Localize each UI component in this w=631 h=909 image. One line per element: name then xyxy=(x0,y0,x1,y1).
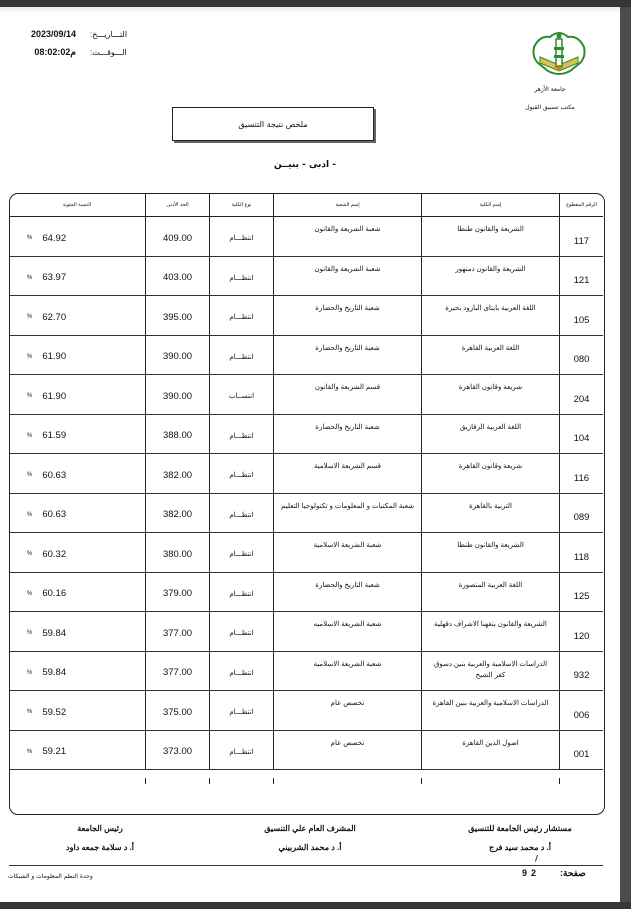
cell-type: انتظـــام xyxy=(209,257,273,296)
table-row: 001اصول الدين القاهرةتخصص عامانتظـــام37… xyxy=(9,731,603,771)
cell-faculty: اللغة العربية القاهرة xyxy=(421,336,559,375)
cell-code: 118 xyxy=(559,533,603,572)
cell-percent: %60.16 xyxy=(9,573,145,612)
table-row: 116شريعة وقانون القاهرةقسم الشريعة الاسل… xyxy=(9,454,603,494)
percent-symbol: % xyxy=(27,314,32,320)
cell-percent: %60.63 xyxy=(9,494,145,533)
percent-value: 61.90 xyxy=(42,391,66,402)
page-total: 9 xyxy=(522,868,531,878)
cell-type: انتظـــام xyxy=(209,652,273,691)
unit-name: وحدة النظم المعلومات و الشبكات xyxy=(8,873,93,880)
table-tail xyxy=(9,778,603,812)
percent-symbol: % xyxy=(27,512,32,518)
cell-min-score: 380.00 xyxy=(145,533,209,572)
cell-percent: %59.52 xyxy=(9,691,145,730)
cell-faculty: الشريعة والقانون دمنهور xyxy=(421,257,559,296)
cell-code: 116 xyxy=(559,454,603,493)
signature-title-2: المشرف العام علي التنسيق xyxy=(220,824,400,833)
cell-faculty: شريعة وقانون القاهرة xyxy=(421,375,559,414)
cell-faculty: اللغة العربية المنصورة xyxy=(421,573,559,612)
date-row: 2023/09/14 التـــاريـــخ: xyxy=(14,25,127,43)
cell-min-score: 379.00 xyxy=(145,573,209,612)
table-row: 089التربية بالقاهرةشعبة المكتبات و المعل… xyxy=(9,494,603,534)
cell-department: شعبة الشريعة الاسلامية xyxy=(273,533,421,572)
cell-code: 080 xyxy=(559,336,603,375)
percent-value: 59.21 xyxy=(42,746,66,757)
cell-faculty: اصول الدين القاهرة xyxy=(421,731,559,770)
table-body: 117الشريعة والقانون طنطاشعبة الشريعة وال… xyxy=(9,217,603,770)
date-value: 2023/09/14 xyxy=(14,29,76,39)
table-header: الرقم المقطوع إسم الكلية إسم الشعبة نوع … xyxy=(9,193,603,217)
cell-department: شعبة الشريعة الاسلامية xyxy=(273,652,421,691)
table-row: 204شريعة وقانون القاهرةقسم الشريعة والقا… xyxy=(9,375,603,415)
col-header-faculty: إسم الكلية xyxy=(421,193,559,216)
cell-type: انتظـــام xyxy=(209,494,273,533)
col-header-type: نوع الكلية xyxy=(209,193,273,216)
cell-type: انتظـــام xyxy=(209,217,273,256)
time-label: الـــوقـــت: xyxy=(90,48,127,57)
cell-faculty: الشريعة والقانون طنطا xyxy=(421,217,559,256)
cell-faculty: التربية بالقاهرة xyxy=(421,494,559,533)
page-label: صفحة: xyxy=(560,868,586,879)
percent-value: 59.52 xyxy=(42,707,66,718)
cell-code: 121 xyxy=(559,257,603,296)
col-header-department: إسم الشعبة xyxy=(273,193,421,216)
cell-department: شعبة التاريخ والحضارة xyxy=(273,573,421,612)
signature-name-1: أ. د محمد سيد فرج xyxy=(430,843,610,852)
results-table: الرقم المقطوع إسم الكلية إسم الشعبة نوع … xyxy=(9,193,603,770)
page-top-shadow xyxy=(0,7,620,13)
cell-type: انتظـــام xyxy=(209,612,273,651)
cell-department: شعبة المكتبات و المعلومات و تكنولوجيا ال… xyxy=(273,494,421,533)
col-divider xyxy=(559,778,560,784)
table-row: 006الدراسات الاسلامية والعربية بنين القا… xyxy=(9,691,603,731)
page-number: 92 xyxy=(522,868,540,878)
cell-type: انتظـــام xyxy=(209,415,273,454)
cell-faculty: الشريعة والقانون طنطا xyxy=(421,533,559,572)
cell-min-score: 388.00 xyxy=(145,415,209,454)
cell-code: 117 xyxy=(559,217,603,256)
cell-percent: %60.32 xyxy=(9,533,145,572)
cell-code: 932 xyxy=(559,652,603,691)
cell-min-score: 390.00 xyxy=(145,336,209,375)
signature-title-3: رئيس الجامعة xyxy=(10,824,190,833)
cell-faculty: الدراسات الاسلامية والعربية بنين القاهرة xyxy=(421,691,559,730)
percent-symbol: % xyxy=(27,393,32,399)
university-name: جامعة الأزهر xyxy=(500,86,600,93)
col-divider xyxy=(145,778,146,784)
time-row: 08:02:02م الـــوقـــت: xyxy=(14,43,127,61)
cell-min-score: 409.00 xyxy=(145,217,209,256)
cell-percent: %61.90 xyxy=(9,336,145,375)
cell-min-score: 377.00 xyxy=(145,652,209,691)
col-divider xyxy=(421,778,422,784)
cell-percent: %59.21 xyxy=(9,731,145,770)
cell-min-score: 373.00 xyxy=(145,731,209,770)
percent-symbol: % xyxy=(27,472,32,478)
cell-code: 120 xyxy=(559,612,603,651)
table-row: 121الشريعة والقانون دمنهورشعبة الشريعة و… xyxy=(9,257,603,297)
cell-min-score: 377.00 xyxy=(145,612,209,651)
cell-min-score: 390.00 xyxy=(145,375,209,414)
cell-code: 105 xyxy=(559,296,603,335)
cell-type: انتظـــام xyxy=(209,533,273,572)
percent-symbol: % xyxy=(27,551,32,557)
cell-type: انتظـــام xyxy=(209,573,273,612)
table-row: 104اللغة العربية الزقازيقشعبة التاريخ وا… xyxy=(9,415,603,455)
cell-code: 204 xyxy=(559,375,603,414)
cell-department: تخصص عام xyxy=(273,691,421,730)
cell-min-score: 382.00 xyxy=(145,454,209,493)
cell-department: قسم الشريعة الاسلامية xyxy=(273,454,421,493)
signature-name-3: أ. د سلامة جمعه داود xyxy=(10,843,190,852)
cell-type: انتظـــام xyxy=(209,731,273,770)
percent-symbol: % xyxy=(27,433,32,439)
cell-faculty: شريعة وقانون القاهرة xyxy=(421,454,559,493)
table-row: 105اللغة العربية بايتاى البارود بحيرةشعب… xyxy=(9,296,603,336)
cell-type: انتظـــام xyxy=(209,454,273,493)
percent-symbol: % xyxy=(27,235,32,241)
cell-faculty: الشريعة والقانون بتفهنا الاشراف دقهلية xyxy=(421,612,559,651)
cell-min-score: 395.00 xyxy=(145,296,209,335)
percent-symbol: % xyxy=(27,709,32,715)
cell-faculty: الدراسات الاسلامية والعربية بنين دسوق كف… xyxy=(421,652,559,691)
table-row: 125اللغة العربية المنصورةشعبة التاريخ وا… xyxy=(9,573,603,613)
signature-title-1: مستشار رئيس الجامعة للتنسيق xyxy=(430,824,610,833)
cell-department: قسم الشريعة والقانون xyxy=(273,375,421,414)
percent-symbol: % xyxy=(27,591,32,597)
office-name: مكتب تنسيق القبول xyxy=(500,104,600,111)
cell-min-score: 382.00 xyxy=(145,494,209,533)
cell-percent: %64.92 xyxy=(9,217,145,256)
time-value: 08:02:02م xyxy=(14,47,76,58)
signature-name-2: أ. د محمد الشربيني xyxy=(220,843,400,852)
cell-percent: %63.97 xyxy=(9,257,145,296)
al-azhar-logo-icon xyxy=(530,27,588,79)
cell-department: شعبة التاريخ والحضارة xyxy=(273,415,421,454)
col-divider xyxy=(273,778,274,784)
cell-code: 001 xyxy=(559,731,603,770)
cell-percent: %61.90 xyxy=(9,375,145,414)
cell-min-score: 375.00 xyxy=(145,691,209,730)
cell-department: تخصص عام xyxy=(273,731,421,770)
percent-value: 64.92 xyxy=(42,233,66,244)
percent-symbol: % xyxy=(27,630,32,636)
percent-value: 63.97 xyxy=(42,272,66,283)
percent-symbol: % xyxy=(27,354,32,360)
cell-percent: %62.70 xyxy=(9,296,145,335)
percent-value: 60.16 xyxy=(42,588,66,599)
table-row: 118الشريعة والقانون طنطاشعبة الشريعة الا… xyxy=(9,533,603,573)
percent-symbol: % xyxy=(27,749,32,755)
percent-value: 62.70 xyxy=(42,312,66,323)
col-header-min-score: الحد الأدنى xyxy=(145,193,209,216)
report-subtitle: - ادبى - بنيــن xyxy=(200,160,410,170)
page-slash: / xyxy=(535,854,538,863)
table-row: 117الشريعة والقانون طنطاشعبة الشريعة وال… xyxy=(9,217,603,257)
cell-code: 089 xyxy=(559,494,603,533)
cell-faculty: اللغة العربية الزقازيق xyxy=(421,415,559,454)
cell-department: شعبة التاريخ والحضارة xyxy=(273,336,421,375)
percent-value: 61.90 xyxy=(42,351,66,362)
cell-type: انتظـــام xyxy=(209,691,273,730)
cell-department: شعبة الشريعة والقانون xyxy=(273,217,421,256)
report-title: ملخص نتيجة التنسيق xyxy=(172,107,374,141)
cell-code: 006 xyxy=(559,691,603,730)
cell-code: 125 xyxy=(559,573,603,612)
cell-department: شعبة التاريخ والحضارة xyxy=(273,296,421,335)
percent-symbol: % xyxy=(27,275,32,281)
cell-department: شعبة الشريعة والقانون xyxy=(273,257,421,296)
cell-type: انتظـــام xyxy=(209,336,273,375)
cell-type: انتظـــام xyxy=(209,296,273,335)
table-row: 120الشريعة والقانون بتفهنا الاشراف دقهلي… xyxy=(9,612,603,652)
table-row: 080اللغة العربية القاهرةشعبة التاريخ وال… xyxy=(9,336,603,376)
date-label: التـــاريـــخ: xyxy=(90,30,127,39)
percent-value: 61.59 xyxy=(42,430,66,441)
percent-value: 59.84 xyxy=(42,667,66,678)
col-header-code: الرقم المقطوع xyxy=(559,193,603,216)
percent-value: 60.32 xyxy=(42,549,66,560)
cell-percent: %60.63 xyxy=(9,454,145,493)
col-divider xyxy=(209,778,210,784)
cell-percent: %59.84 xyxy=(9,652,145,691)
cell-percent: %61.59 xyxy=(9,415,145,454)
cell-type: انتســاب xyxy=(209,375,273,414)
col-header-percent: النسبة المئوية xyxy=(9,193,145,216)
footer-rule xyxy=(9,865,603,866)
percent-symbol: % xyxy=(27,670,32,676)
cell-department: شعبة الشريعة الاسلاميه xyxy=(273,612,421,651)
cell-min-score: 403.00 xyxy=(145,257,209,296)
page-current: 2 xyxy=(531,868,540,878)
cell-percent: %59.84 xyxy=(9,612,145,651)
percent-value: 60.63 xyxy=(42,470,66,481)
viewer-right-gutter xyxy=(620,7,631,902)
cell-code: 104 xyxy=(559,415,603,454)
table-row: 932الدراسات الاسلامية والعربية بنين دسوق… xyxy=(9,652,603,692)
report-meta: 2023/09/14 التـــاريـــخ: 08:02:02م الــ… xyxy=(14,25,127,61)
percent-value: 60.63 xyxy=(42,509,66,520)
percent-value: 59.84 xyxy=(42,628,66,639)
cell-faculty: اللغة العربية بايتاى البارود بحيرة xyxy=(421,296,559,335)
